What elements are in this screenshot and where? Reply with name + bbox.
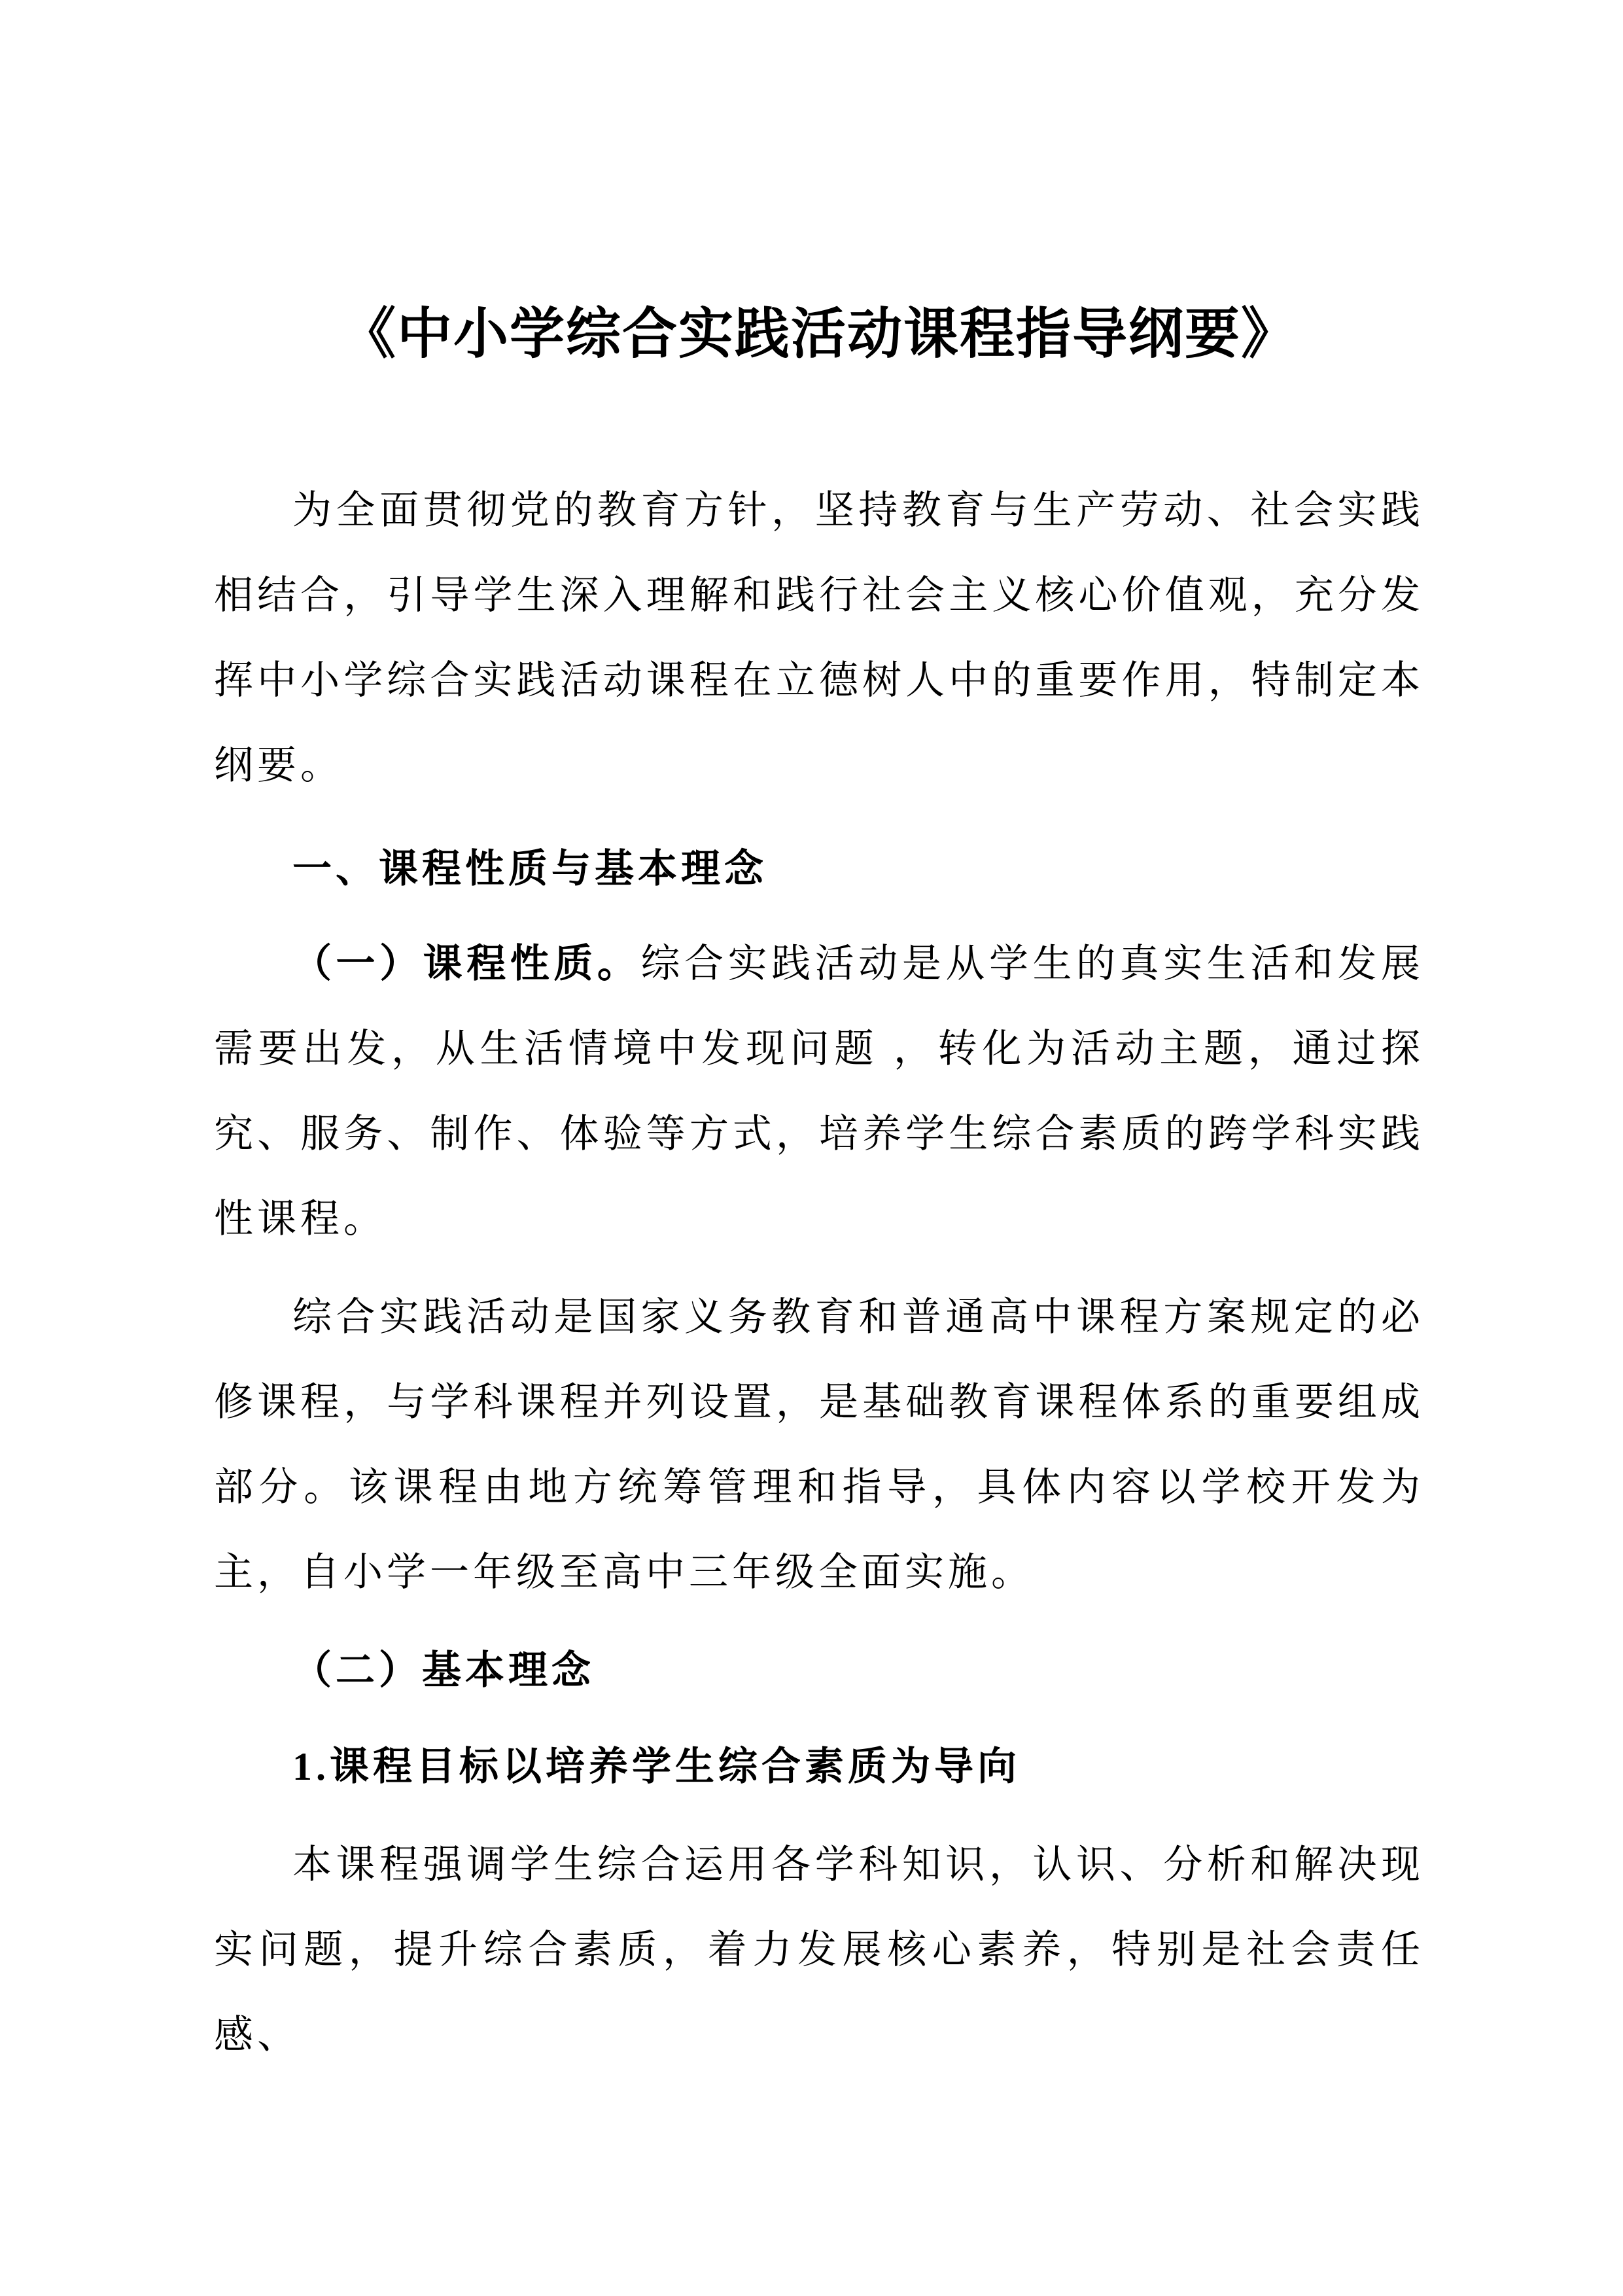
document-content: 《中小学综合实践活动课程指导纲要》 为全面贯彻党的教育方针，坚持教育与生产劳动、… xyxy=(0,288,1623,2077)
course-nature-paragraph: （一）课程性质。综合实践活动是从学生的真实生活和发展需要出发，从生活情境中发现问… xyxy=(214,921,1424,1262)
section-1-heading: 一、课程性质与基本理念 xyxy=(214,826,1424,911)
course-nature-text: 综合实践活动是从学生的真实生活和发展需要出发，从生活情境中发现问题 ，转化为活动… xyxy=(214,942,1424,1241)
intro-paragraph: 为全面贯彻党的教育方针，坚持教育与生产劳动、社会实践相结合，引导学生深入理解和践… xyxy=(214,468,1424,808)
concept-1-paragraph: 本课程强调学生综合运用各学科知识，认识、分析和解决现实问题，提升综合素质，着力发… xyxy=(214,1822,1424,2077)
course-nature-lead: （一）课程性质。 xyxy=(292,942,640,985)
basic-concepts-heading: （二）基本理念 xyxy=(214,1628,1424,1713)
document-page: 《中小学综合实践活动课程指导纲要》 为全面贯彻党的教育方针，坚持教育与生产劳动、… xyxy=(0,0,1623,2296)
concept-1-heading: 1.课程目标以培养学生综合素质为导向 xyxy=(214,1724,1424,1809)
document-title: 《中小学综合实践活动课程指导纲要》 xyxy=(214,288,1424,380)
course-position-paragraph: 综合实践活动是国家义务教育和普通高中课程方案规定的必修课程，与学科课程并列设置，… xyxy=(214,1275,1424,1615)
